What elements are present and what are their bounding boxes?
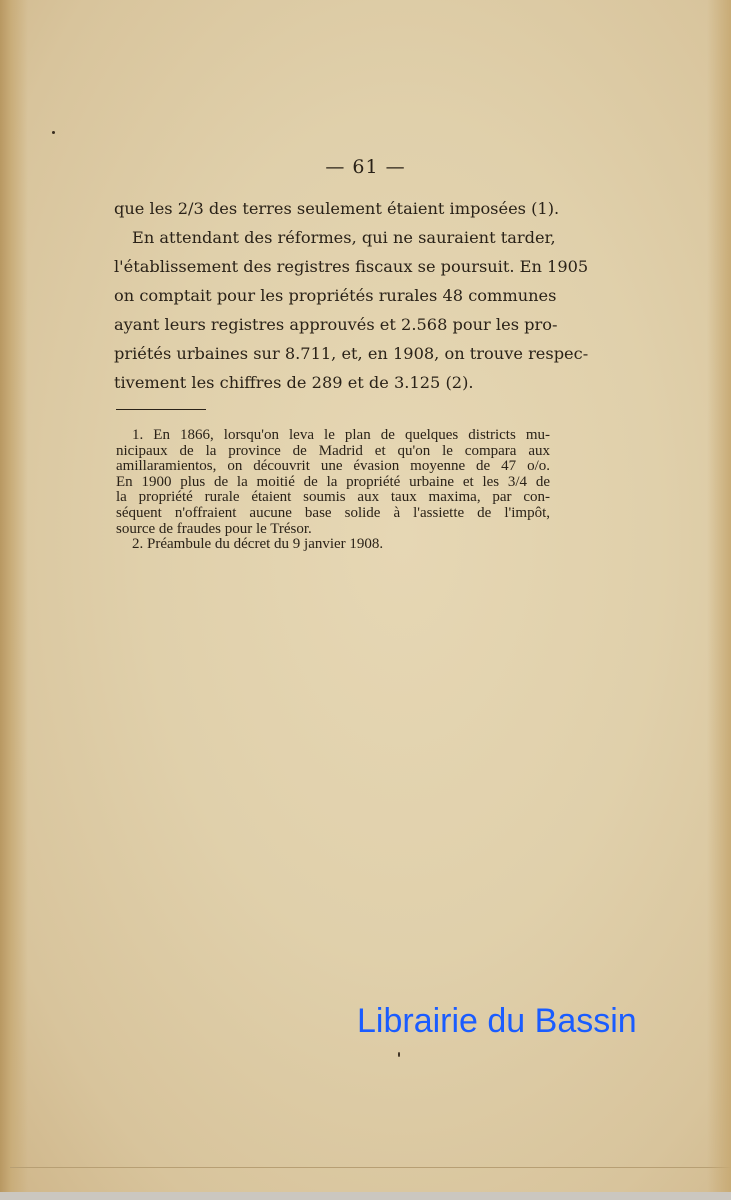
page-fold-line (10, 1167, 731, 1168)
paper-speck (52, 131, 55, 134)
footnote-line: source de fraudes pour le Trésor. (116, 522, 550, 538)
footnote-separator (116, 409, 206, 410)
footnote-line: amillaramientos, on découvrit une évasio… (116, 459, 550, 475)
footnote-line: la propriété rurale étaient soumis aux t… (116, 490, 550, 506)
body-line: l'établissement des registres fiscaux se… (114, 252, 554, 281)
body-line: tivement les chiffres de 289 et de 3.125… (114, 368, 554, 397)
footnote-line: En 1900 plus de la moitié de la propriét… (116, 475, 550, 491)
page-number: — 61 — (0, 156, 731, 178)
footnote-line: 1. En 1866, lorsqu'on leva le plan de qu… (116, 428, 550, 444)
watermark-label: Librairie du Bassin (357, 1002, 637, 1041)
body-line: ayant leurs registres approuvés et 2.568… (114, 310, 554, 339)
body-paragraphs: que les 2/3 des terres seulement étaient… (114, 194, 554, 397)
footnote-line: séquent n'offraient aucune base solide à… (116, 506, 550, 522)
body-line: priétés urbaines sur 8.711, et, en 1908,… (114, 339, 554, 368)
scan-bottom-edge (0, 1192, 731, 1200)
body-line: que les 2/3 des terres seulement étaient… (114, 194, 554, 223)
body-line: En attendant des réformes, qui ne saurai… (114, 223, 554, 252)
paper-speck (398, 1052, 400, 1057)
footnote-line: nicipaux de la province de Madrid et qu'… (116, 444, 550, 460)
footnote-line: 2. Préambule du décret du 9 janvier 1908… (116, 537, 550, 553)
book-page: — 61 — que les 2/3 des terres seulement … (0, 0, 731, 1192)
body-line: on comptait pour les propriétés rurales … (114, 281, 554, 310)
footnotes: 1. En 1866, lorsqu'on leva le plan de qu… (116, 428, 550, 553)
